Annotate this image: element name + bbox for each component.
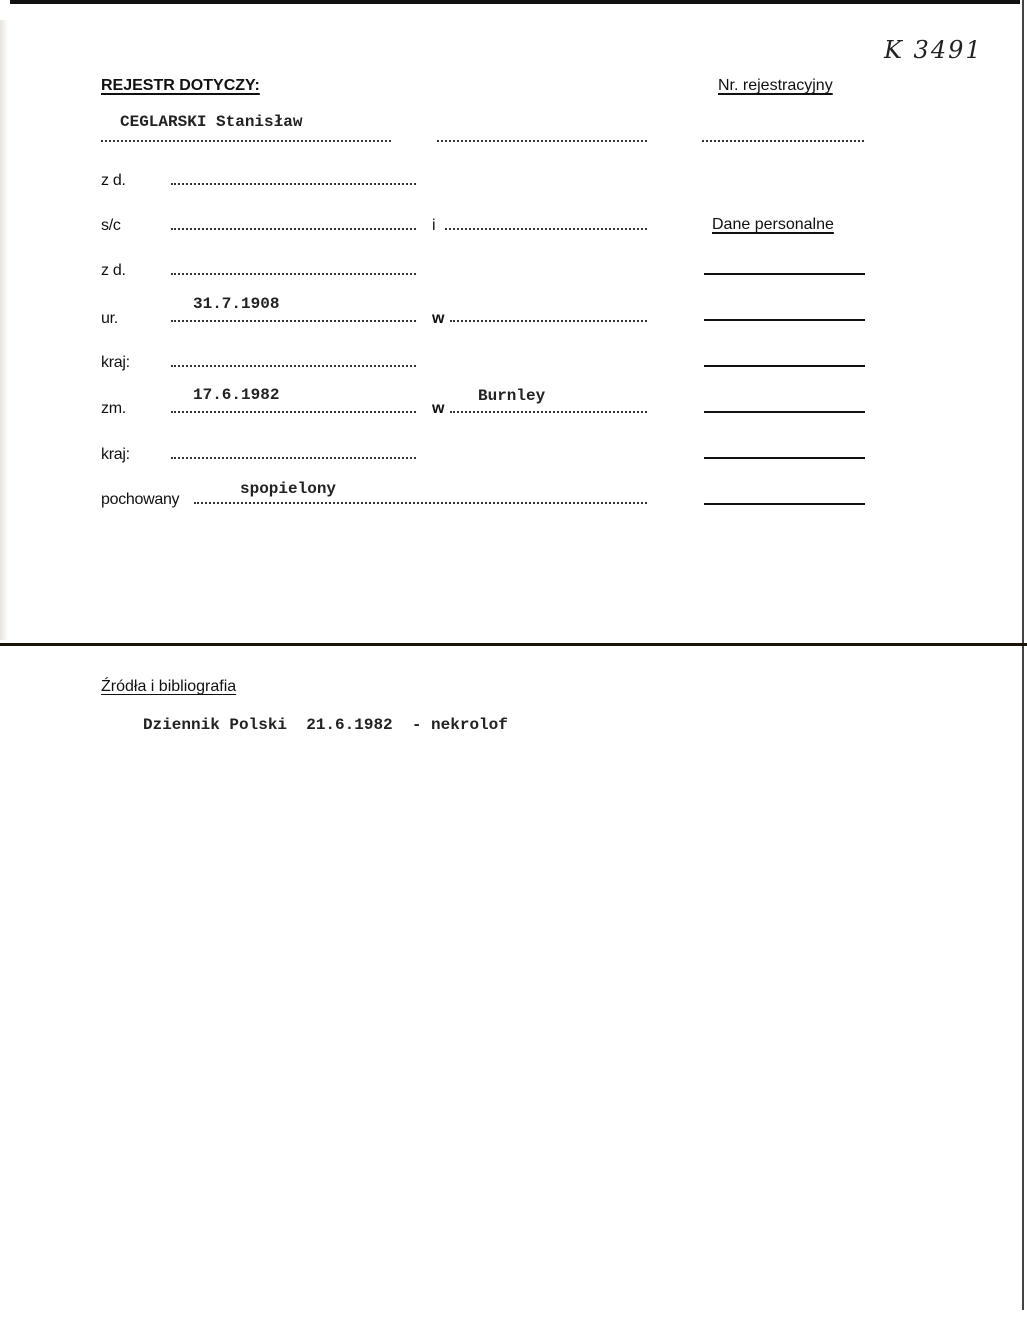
zd-dotted-line <box>171 183 416 185</box>
zm-w-label: w <box>432 400 444 418</box>
zd2-label: z d. <box>101 262 126 280</box>
name-dotted-line-2 <box>437 140 647 142</box>
scan-left-shadow <box>0 20 8 640</box>
sources-title: Źródła i bibliografia <box>101 678 236 696</box>
reg-number-label: Nr. rejestracyjny <box>718 77 833 95</box>
kraj2-dotted-line <box>171 457 416 459</box>
death-date-value: 17.6.1982 <box>193 386 279 404</box>
ur-label: ur. <box>101 310 118 328</box>
card-fold-line <box>0 643 1027 646</box>
zd2-dotted-line <box>171 273 416 275</box>
personal-data-line-5 <box>704 457 865 459</box>
personal-data-line-4 <box>704 411 865 413</box>
pochowany-label: pochowany <box>101 491 179 509</box>
personal-data-line-2 <box>704 319 865 321</box>
zm-label: zm. <box>101 400 126 418</box>
scan-top-edge <box>10 0 1020 4</box>
name-dotted-line <box>101 140 391 142</box>
ur-place-dotted-line <box>450 320 647 322</box>
kraj2-label: kraj: <box>101 446 130 464</box>
scan-right-edge <box>1022 0 1024 1310</box>
personal-data-label: Dane personalne <box>712 216 834 234</box>
zm-place-dotted-line <box>450 411 647 413</box>
ur-dotted-line <box>171 320 416 322</box>
handwritten-reference: K 3491 <box>884 36 983 64</box>
register-title: REJESTR DOTYCZY: <box>101 77 260 95</box>
zd-label: z d. <box>101 172 126 190</box>
sources-entry: Dziennik Polski 21.6.1982 - nekrolof <box>143 716 508 734</box>
kraj-dotted-line <box>171 365 416 367</box>
ur-w-label: w <box>432 310 444 328</box>
personal-data-line-3 <box>704 365 865 367</box>
i-dotted-line <box>445 228 647 230</box>
sc-dotted-line <box>171 228 416 230</box>
name-value: CEGLARSKI Stanisław <box>120 113 302 131</box>
death-place-value: Burnley <box>478 387 545 405</box>
reg-number-dotted-line <box>702 140 864 142</box>
i-label: i <box>432 217 435 235</box>
personal-data-line-6 <box>704 503 865 505</box>
personal-data-line-1 <box>704 273 865 275</box>
birth-date-value: 31.7.1908 <box>193 295 279 313</box>
sc-label: s/c <box>101 217 121 235</box>
pochowany-dotted-line <box>194 502 647 504</box>
kraj-label: kraj: <box>101 354 130 372</box>
zm-dotted-line <box>171 411 416 413</box>
burial-value: spopielony <box>240 480 336 498</box>
